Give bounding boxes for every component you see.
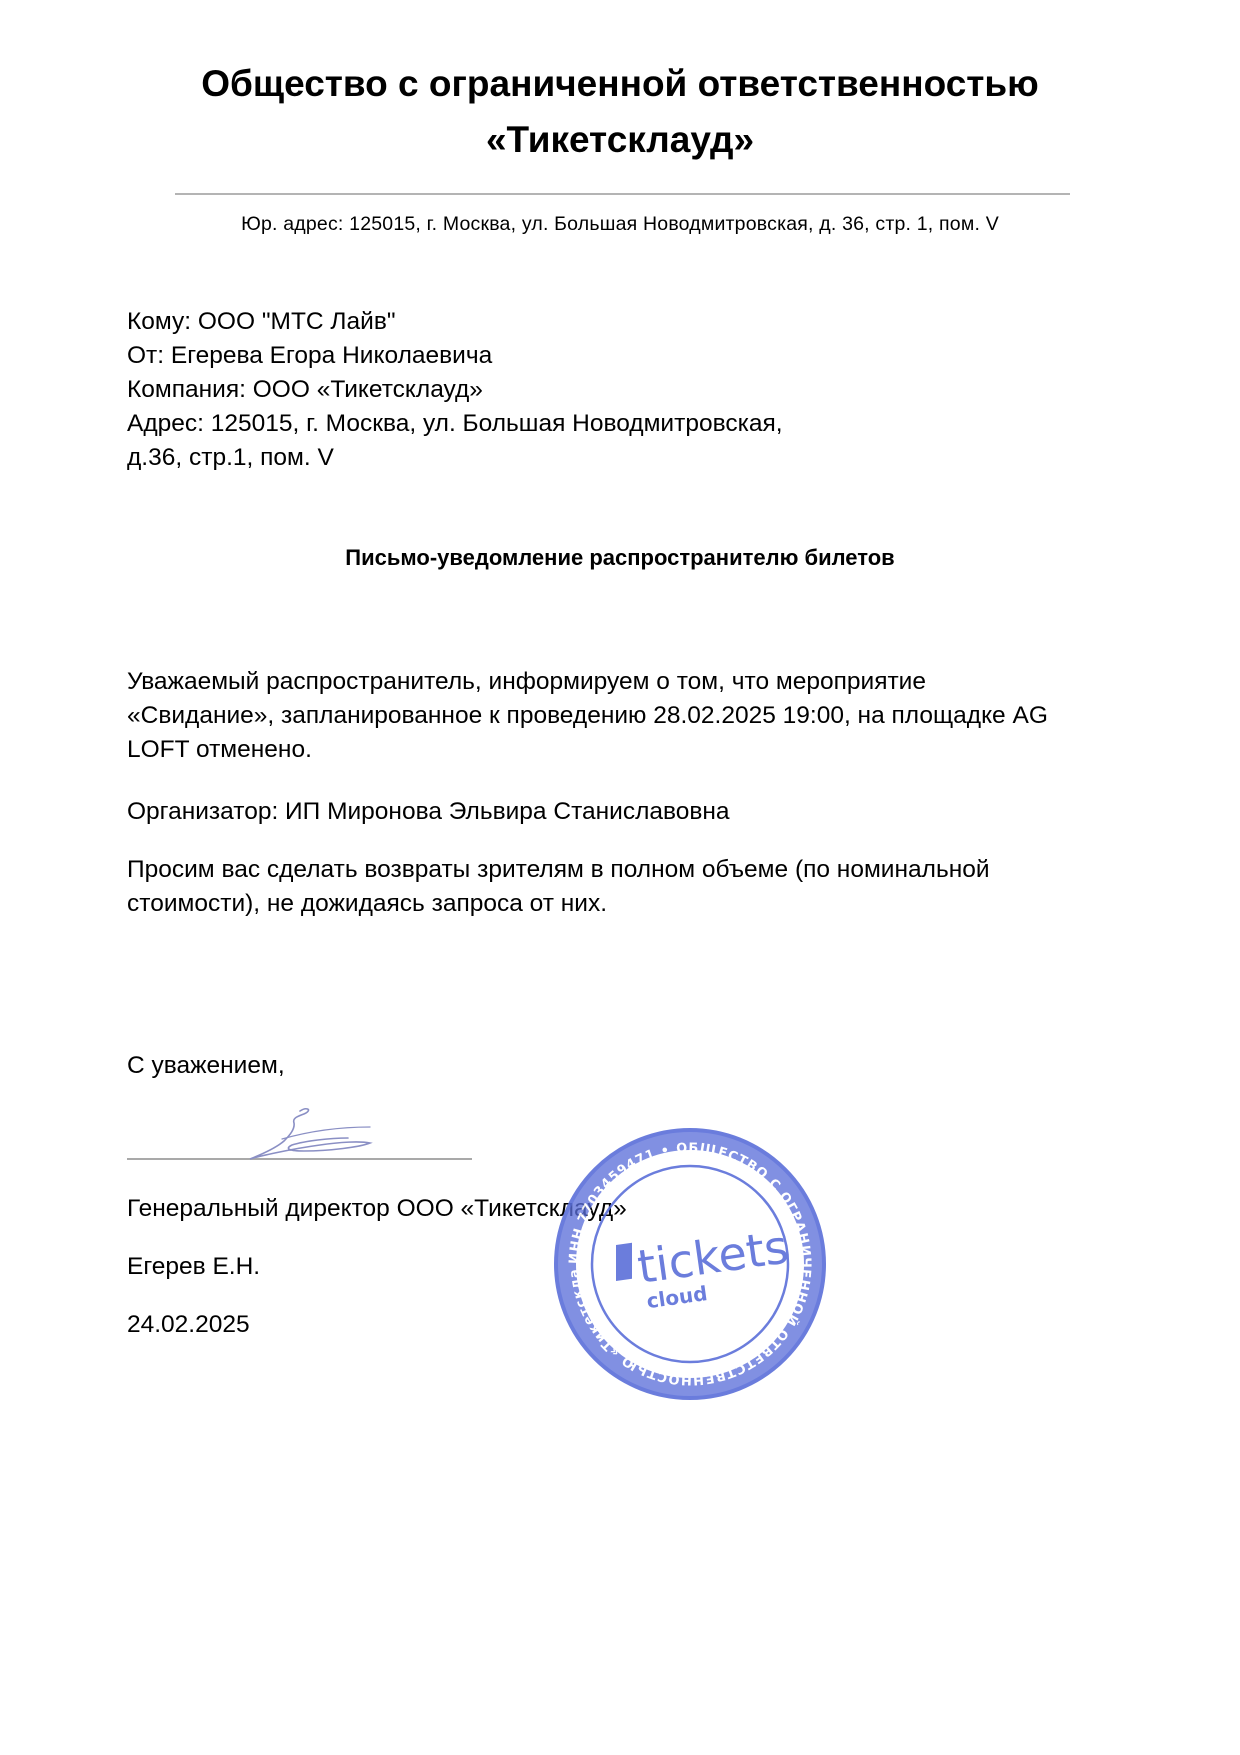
notice-line: LOFT отменено. [127, 733, 1117, 767]
organizer-line: Организатор: ИП Миронова Эльвира Станисл… [127, 795, 730, 829]
refund-request-paragraph: Просим вас сделать возвраты зрителям в п… [127, 853, 1117, 921]
letter-date: 24.02.2025 [127, 1308, 250, 1342]
signature-icon [220, 1105, 380, 1170]
sender-company: Компания: ООО «Тикетсклауд» [127, 373, 783, 407]
sender-address-line1: Адрес: 125015, г. Москва, ул. Большая Но… [127, 407, 783, 441]
legal-address: Юр. адрес: 125015, г. Москва, ул. Больша… [0, 211, 1240, 237]
refund-line: стоимости), не дожидаясь запроса от них. [127, 887, 1117, 921]
refund-line: Просим вас сделать возвраты зрителям в п… [127, 853, 1117, 887]
letter-subject: Письмо-уведомление распространителю биле… [0, 543, 1240, 573]
company-title-line1: Общество с ограниченной ответственностью [0, 56, 1240, 112]
regards: С уважением, [127, 1049, 285, 1083]
notice-paragraph: Уважаемый распространитель, информируем … [127, 665, 1117, 767]
sender-address-line2: д.36, стр.1, пом. V [127, 441, 783, 475]
company-title-line2: «Тикетсклауд» [0, 112, 1240, 168]
notice-line: «Свидание», запланированное к проведению… [127, 699, 1117, 733]
notice-line: Уважаемый распространитель, информируем … [127, 665, 1117, 699]
header-divider [175, 193, 1070, 195]
stamp-brand-tickets: tickets [634, 1219, 791, 1294]
addressing-block: Кому: ООО "МТС Лайв" От: Егерева Егора Н… [127, 305, 783, 475]
signer-name: Егерев Е.Н. [127, 1250, 260, 1284]
recipient: Кому: ООО "МТС Лайв" [127, 305, 783, 339]
sender: От: Егерева Егора Николаевича [127, 339, 783, 373]
company-stamp-icon: ИНН 7703459471 • ОБЩЕСТВО С ОГРАНИЧЕННОЙ… [552, 1126, 828, 1402]
